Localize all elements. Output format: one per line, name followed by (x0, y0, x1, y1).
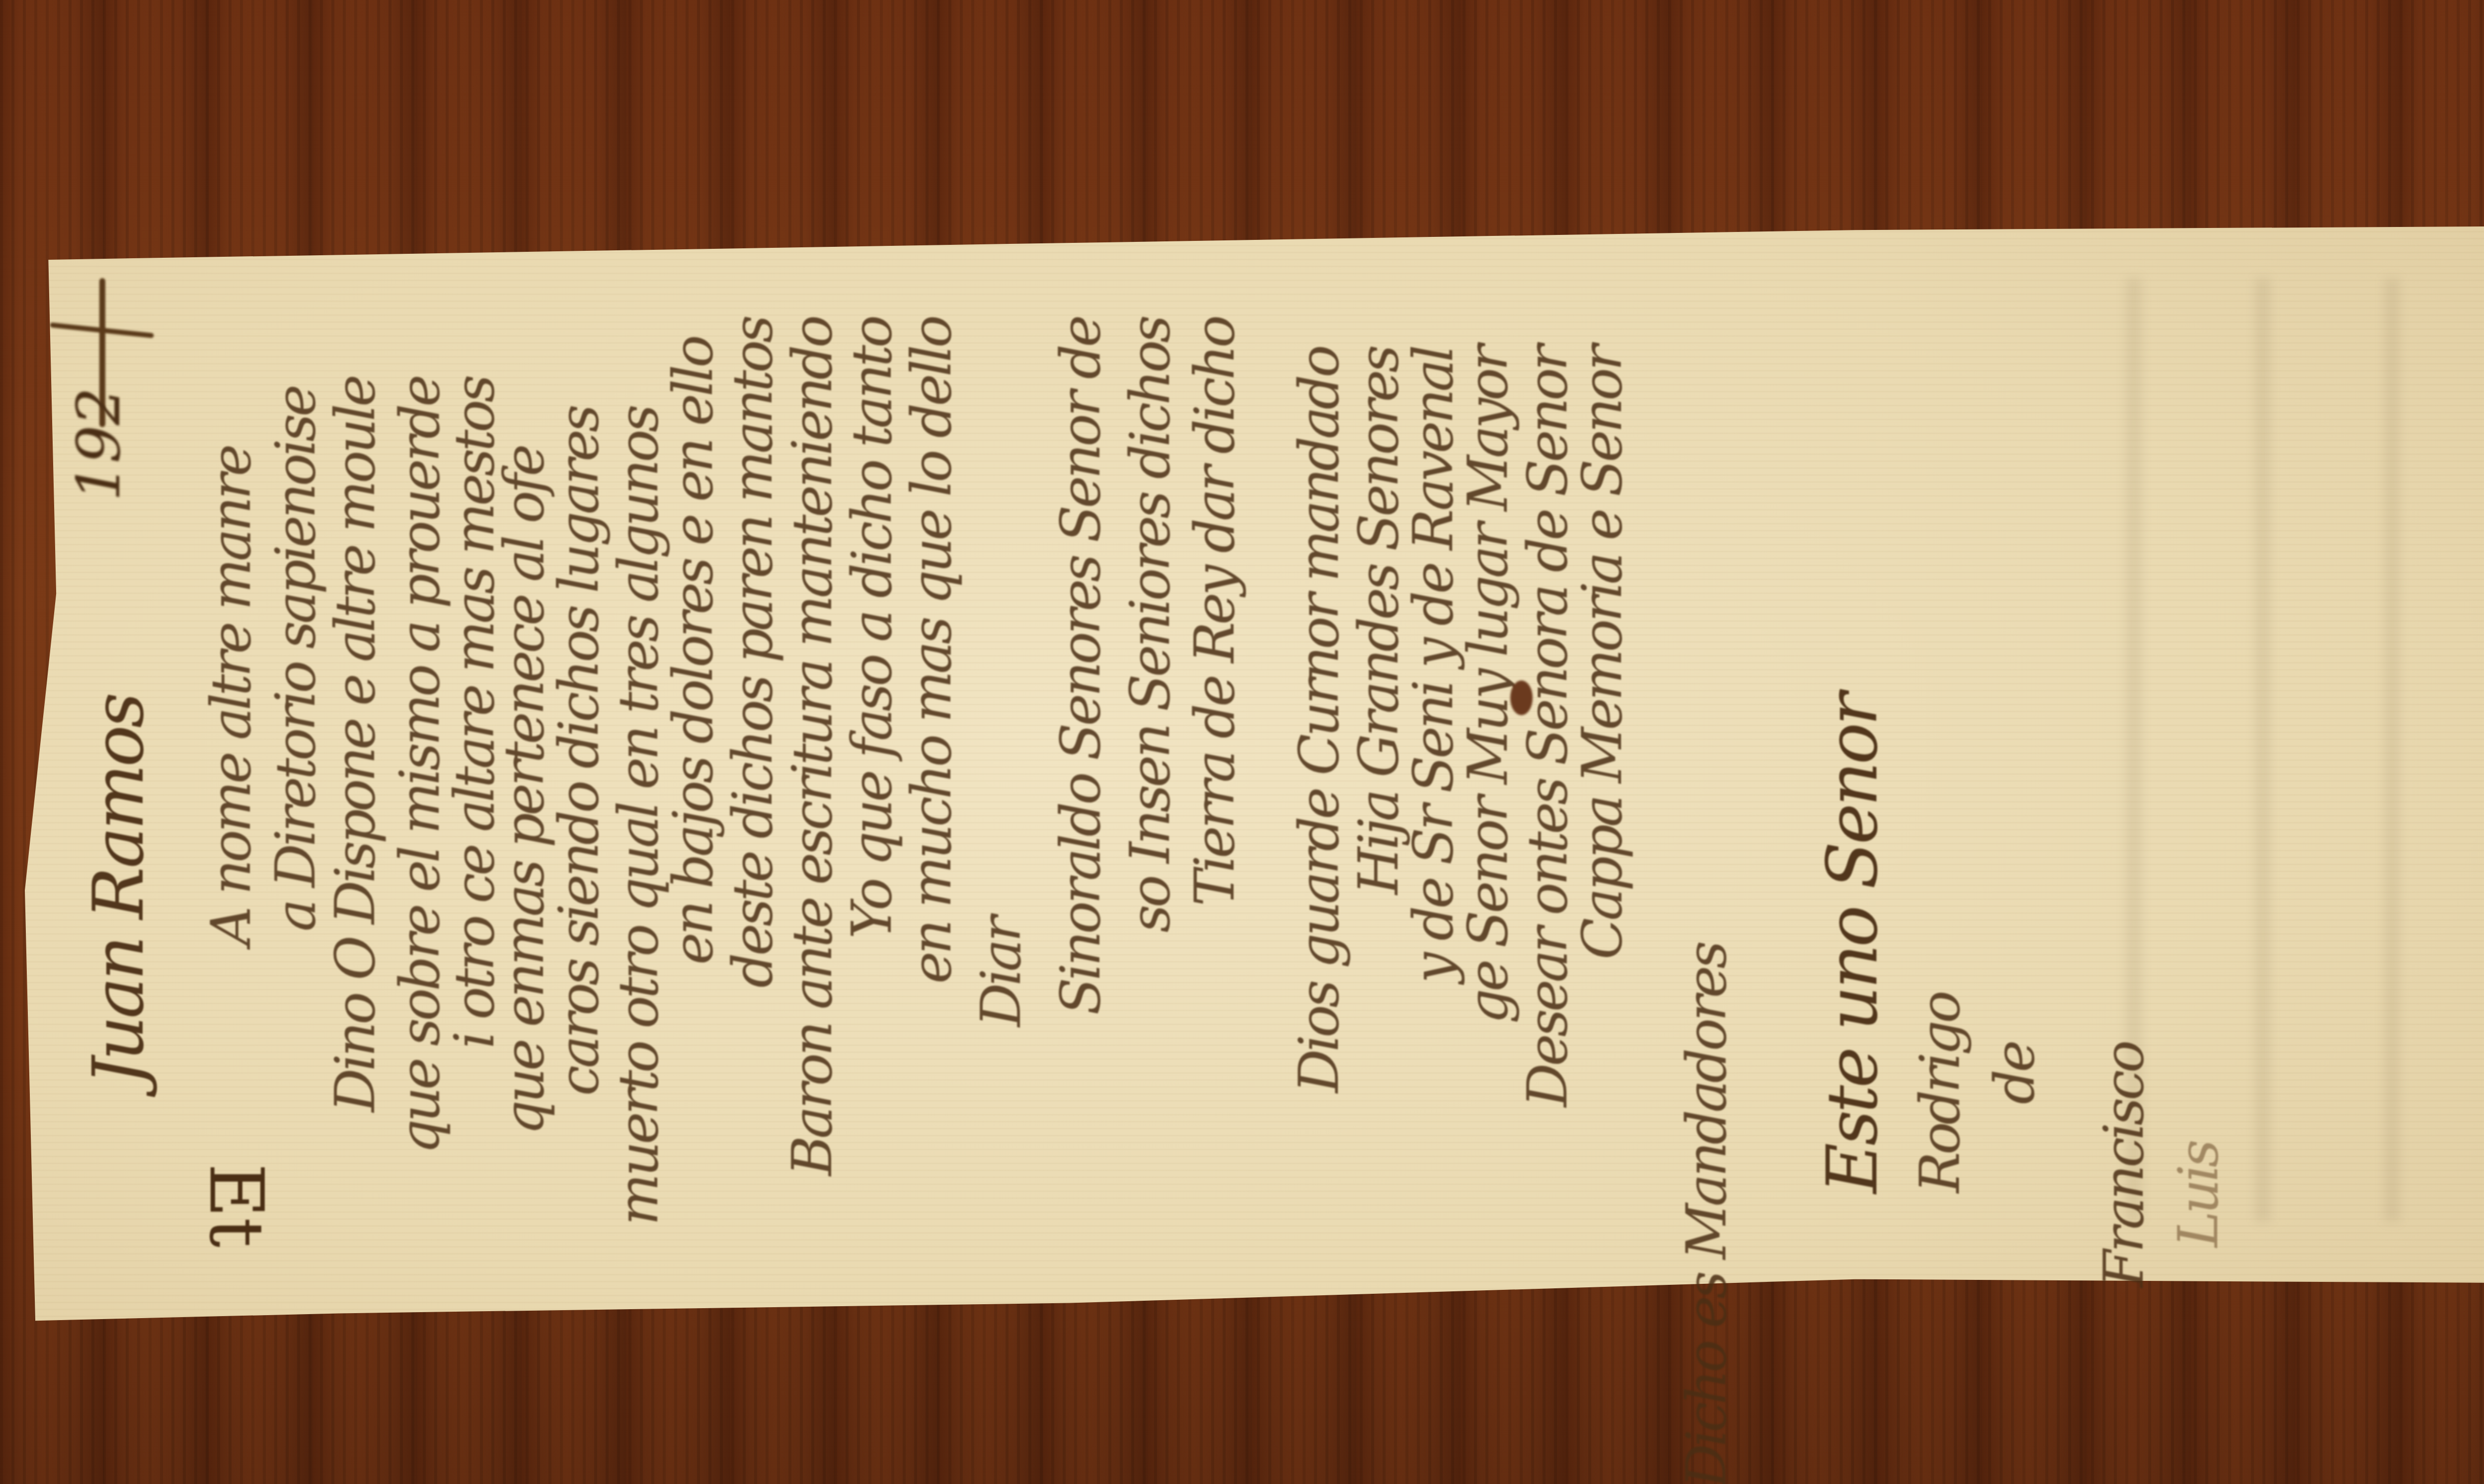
signature: Francisco (2096, 1043, 2151, 1287)
body-line: Tierra de Rey dar dicho (1187, 318, 1242, 906)
body-line: a Diretorio sapienoise (268, 387, 323, 932)
body-line: en bajos dolores e en ello (666, 338, 720, 965)
body-line: Diar (974, 919, 1028, 1027)
body-line: Cappa Memoria e Senor (1575, 348, 1630, 960)
body-line: Hija Grandes Senores (1351, 348, 1406, 894)
body-line: so Insen Seniores dichos (1123, 318, 1177, 933)
body-line: deste dichos paren mantos (725, 318, 780, 988)
body-line: caros siendo dichos lugares (551, 407, 606, 1096)
body-line: en mucho mas que lo dello (904, 318, 959, 984)
signature: de (1987, 1043, 2042, 1105)
body-line: ge Senor Muy lugar Mayor (1461, 348, 1515, 1024)
folio-number: 192 (65, 387, 134, 501)
heading-name: Juan Ramos (84, 695, 154, 1085)
body-line: que sobre el mismo a prouerde (392, 377, 447, 1154)
body-line: muerto otro qual en tres algunos (611, 407, 666, 1225)
body-line: y de Sr Seni y de Ravenal (1406, 348, 1461, 983)
body-line: Desear ontes Senora de Senor (1520, 348, 1575, 1107)
signature: Luis (2171, 1142, 2226, 1248)
body-line: Dicho es Mandadores (1679, 944, 1734, 1484)
body-line: Baron ante escritura manteniendo (785, 318, 840, 1176)
body-line: que enmas pertenece al ofe (497, 447, 551, 1135)
closing-line: Este uno Senor (1818, 695, 1888, 1193)
body-line: Sinoraldo Senores Senor de (1053, 318, 1108, 1015)
body-line: Yo que faso a dicho tanto (845, 318, 899, 939)
ink-blot (1510, 680, 1533, 715)
body-line: Dino O Dispone e altre moule (328, 377, 383, 1112)
corner-mark: Et (193, 1163, 279, 1248)
signature: Rodrigo (1913, 993, 1967, 1193)
body-line: Dios guarde Curnor mandado (1292, 348, 1346, 1093)
body-line: A nome altre manre (204, 447, 258, 946)
